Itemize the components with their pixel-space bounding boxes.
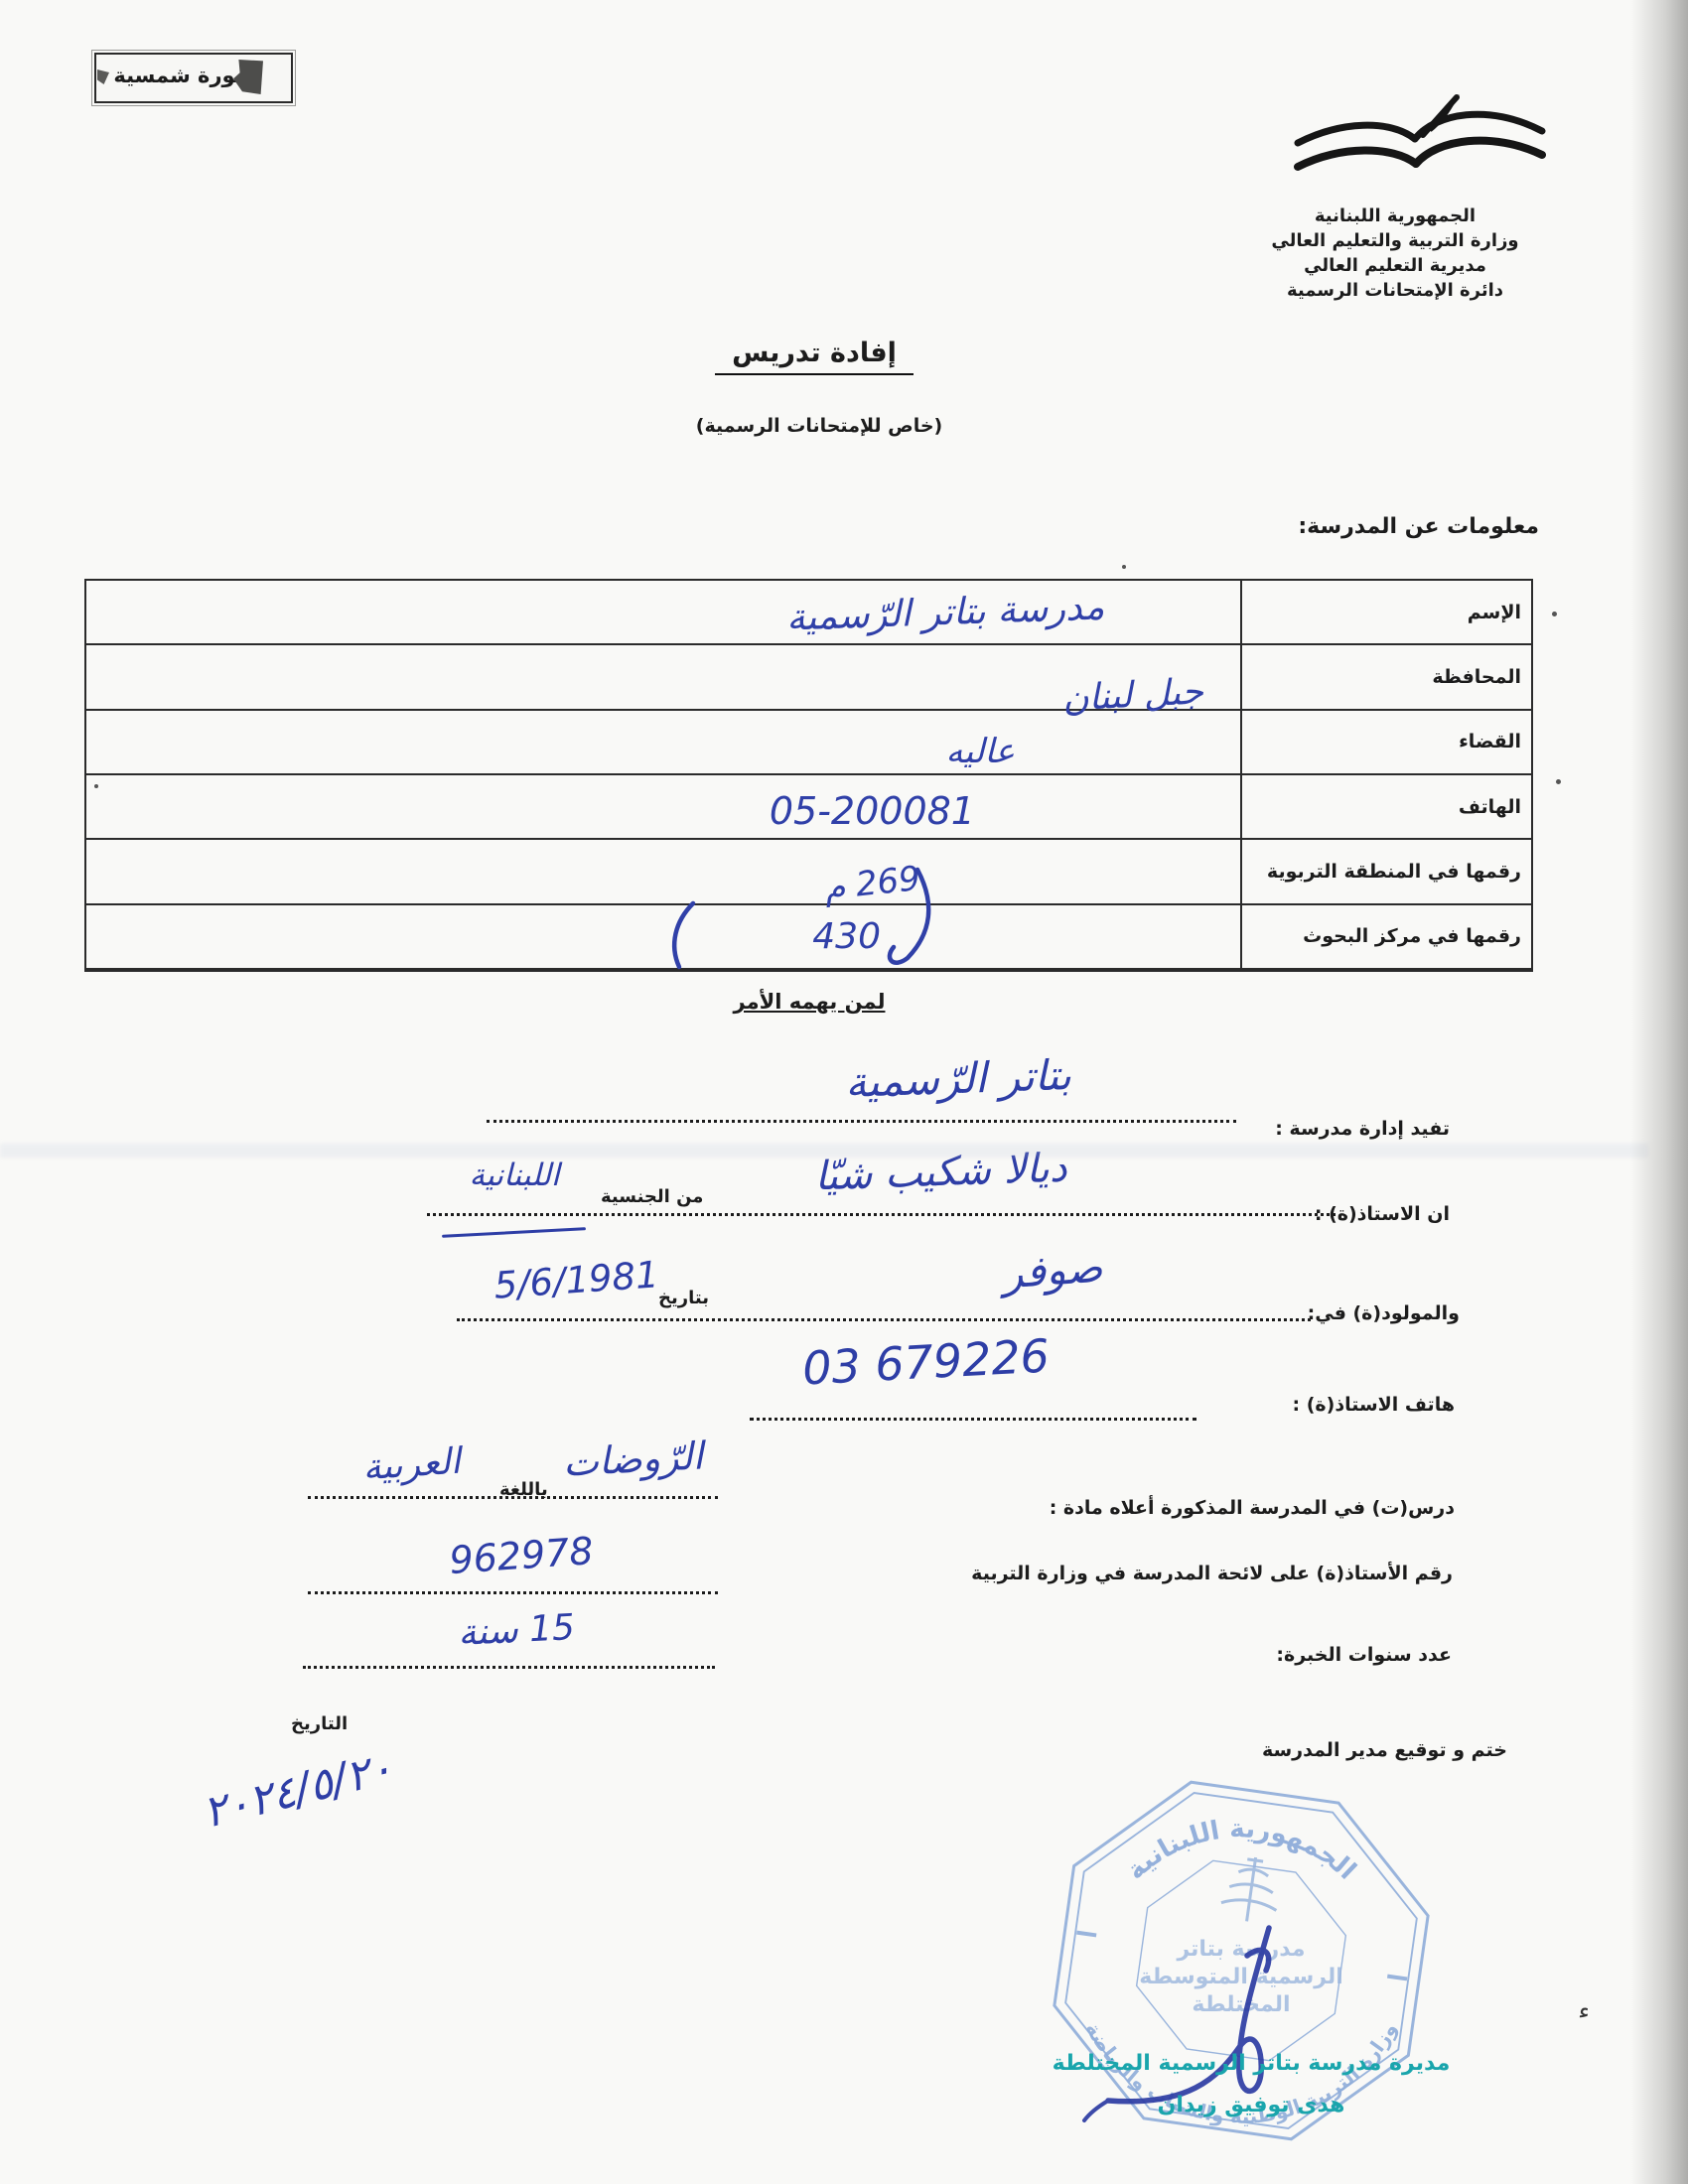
ministry-header-block: الجمهورية اللبنانية وزارة التربية والتعل… [1246,204,1544,303]
table-row: القضاء [86,711,1531,775]
handwritten-registry-number: 962978 [431,1528,613,1583]
stamp-inner-line3: المختلطة [1192,1992,1290,2017]
handwritten-birthdate: 5/6/1981 [479,1252,675,1307]
org-line-directorate: مديرية التعليم العالي [1246,253,1544,278]
school-info-table: الإسم المحافظة القضاء الهاتف رقمها في ال… [84,579,1533,972]
stamp-inner-line1: مدرسة بتاتر [1176,1937,1305,1962]
document-subtitle: (خاص للإمتحانات الرسمية) [655,415,983,437]
row-label-governorate: المحافظة [1240,645,1531,708]
registry-label: رقم الأستاذ(ة) على لائحة المدرسة في وزار… [971,1563,1453,1584]
nationality-word: من الجنسية [601,1186,703,1207]
born-label: والمولود(ة) في: [1308,1302,1460,1324]
scan-speck [94,784,98,788]
stamp-ring-top-text: الجمهورية اللبنانية [1121,1814,1361,1885]
handwritten-birthplace: صوفر [947,1239,1159,1302]
teacher-phone-label: هاتف الاستاذ(ة) : [1293,1394,1455,1416]
language-word: باللغة [499,1479,548,1500]
handwritten-teacher-phone: 03 679226 [749,1326,1103,1399]
school-admin-label: تفيد إدارة مدرسة : [1275,1118,1450,1140]
row-label-name: الإسم [1240,581,1531,643]
svg-text:الجمهورية اللبنانية: الجمهورية اللبنانية [1121,1814,1361,1885]
row-label-phone: الهاتف [1240,775,1531,838]
scan-speck [1122,565,1126,569]
dotted-line [457,1318,1311,1321]
table-row: المحافظة [86,645,1531,710]
handwritten-nationality: اللبنانية [435,1158,594,1193]
org-line-ministry: وزارة التربية والتعليم العالي [1246,228,1544,253]
ministry-book-logo-icon [1286,91,1554,201]
row-label-edu-district-number: رقمها في المنطقة التربوية [1240,840,1531,902]
dotted-line [750,1418,1196,1421]
photo-placeholder-box: صورة شمسية [94,53,293,103]
experience-label: عدد سنوات الخبرة: [1276,1644,1452,1666]
dotted-line [427,1213,1336,1216]
subject-label: درس(ت) في المدرسة المذكورة أعلاه مادة : [1050,1497,1455,1519]
handwritten-phone: 05-200081 [770,789,975,833]
pen-flourish-strokes [657,864,955,970]
corner-fold-icon [97,69,109,84]
handwritten-school-admin: بتاتر الرّسمية [674,1044,1241,1113]
stamp-inner-line2: الرسمية المتوسطة [1139,1965,1343,1989]
handwritten-governorate: جبل لبنان [1061,671,1204,719]
school-info-heading: معلومات عن المدرسة: [1298,514,1539,539]
director-title-text: مديرة مدرسة بتاتر الرسمية المختلطة [1033,2051,1470,2076]
handwritten-date: ٢٠٢٤/٥/٢٠ [138,1727,459,1853]
school-octagonal-stamp: الجمهورية اللبنانية وزارة التربية الوطني… [1013,1757,1470,2184]
handwritten-language: العربية [319,1438,504,1492]
scan-speck [1552,612,1557,616]
scan-speck [1556,779,1561,784]
dotted-line [487,1120,1236,1123]
scanned-document-page: صورة شمسية الجمهورية اللبنانية وزارة الت… [0,0,1688,2184]
pen-underline-stroke [442,1227,586,1238]
org-line-exams-dept: دائرة الإمتحانات الرسمية [1246,278,1544,303]
handwritten-experience: 15 سنة [411,1605,622,1657]
scan-crease [0,1144,1648,1158]
date-label: التاريخ [291,1713,348,1734]
concern-heading: لمن يهمه الأمر [715,990,904,1014]
document-title: إفادة تدريس [715,338,914,375]
page-edge-shadow [1630,0,1688,2184]
photo-box-label: صورة شمسية [113,64,255,87]
handwritten-subject: الرّوضات [540,1433,726,1486]
row-label-district: القضاء [1240,711,1531,773]
dotted-line [303,1666,715,1669]
director-name-text: هدى توفيق زيدان [1082,2093,1420,2117]
stray-ink-mark: ء [1577,1996,1593,2026]
org-line-republic: الجمهورية اللبنانية [1246,204,1544,228]
row-label-research-center-number: رقمها في مركز البحوث [1240,905,1531,968]
dotted-line [308,1591,718,1594]
handwritten-district: عاليه [946,732,1016,771]
